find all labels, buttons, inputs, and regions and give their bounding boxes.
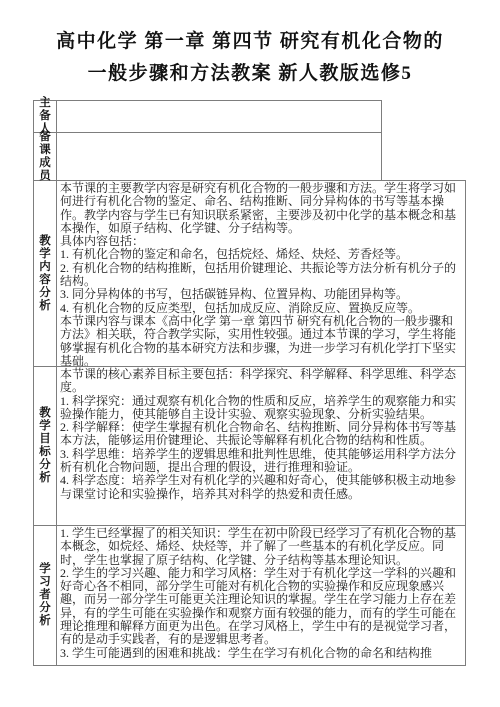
row-content-teaching-content-analysis: 本节课的主要教学内容是研究有机化合物的一般步骤和方法。学生将学习如何进行有机化合… <box>57 181 465 366</box>
row-label-main-preparer: 主备 人 <box>34 101 57 132</box>
table-row-main-preparer: 主备 人 <box>33 100 382 133</box>
row-label-teaching-goal-analysis: 教 学 目 标 分 析 <box>34 367 57 525</box>
row-label-prep-members: 备 课 成 员 <box>34 133 57 180</box>
table-row-teaching-goal-analysis: 教 学 目 标 分 析 本节课的核心素养目标主要包括：科学探究、科学解释、科学思… <box>33 366 466 526</box>
row-content-prep-members <box>57 133 381 180</box>
row-content-teaching-goal-analysis: 本节课的核心素养目标主要包括：科学探究、科学解释、科学思维、科学态度。 1. 科… <box>57 367 465 525</box>
table-row-learner-analysis: 学 习 者 分 析 1. 学生已经掌握了的相关知识：学生在初中阶段已经学习了有机… <box>33 525 466 666</box>
document-page: 高中化学 第一章 第四节 研究有机化合物的 一般步骤和方法教案 新人教版选修5 … <box>0 0 500 707</box>
table-row-teaching-content-analysis: 教 学 内 容 分 析 本节课的主要教学内容是研究有机化合物的一般步骤和方法。学… <box>33 180 466 367</box>
row-label-teaching-content-analysis: 教 学 内 容 分 析 <box>34 181 57 366</box>
row-content-main-preparer <box>57 101 381 132</box>
row-label-learner-analysis: 学 习 者 分 析 <box>34 526 57 665</box>
lesson-plan-table: 主备 人 备 课 成 员 教 学 内 容 分 析 本节课的主要教学内容是研究有机… <box>33 100 466 666</box>
document-title: 高中化学 第一章 第四节 研究有机化合物的 一般步骤和方法教案 新人教版选修5 <box>0 0 500 99</box>
table-row-prep-members: 备 课 成 员 <box>33 132 382 181</box>
row-content-learner-analysis: 1. 学生已经掌握了的相关知识：学生在初中阶段已经学习了有机化合物的基本概念，如… <box>57 526 465 665</box>
